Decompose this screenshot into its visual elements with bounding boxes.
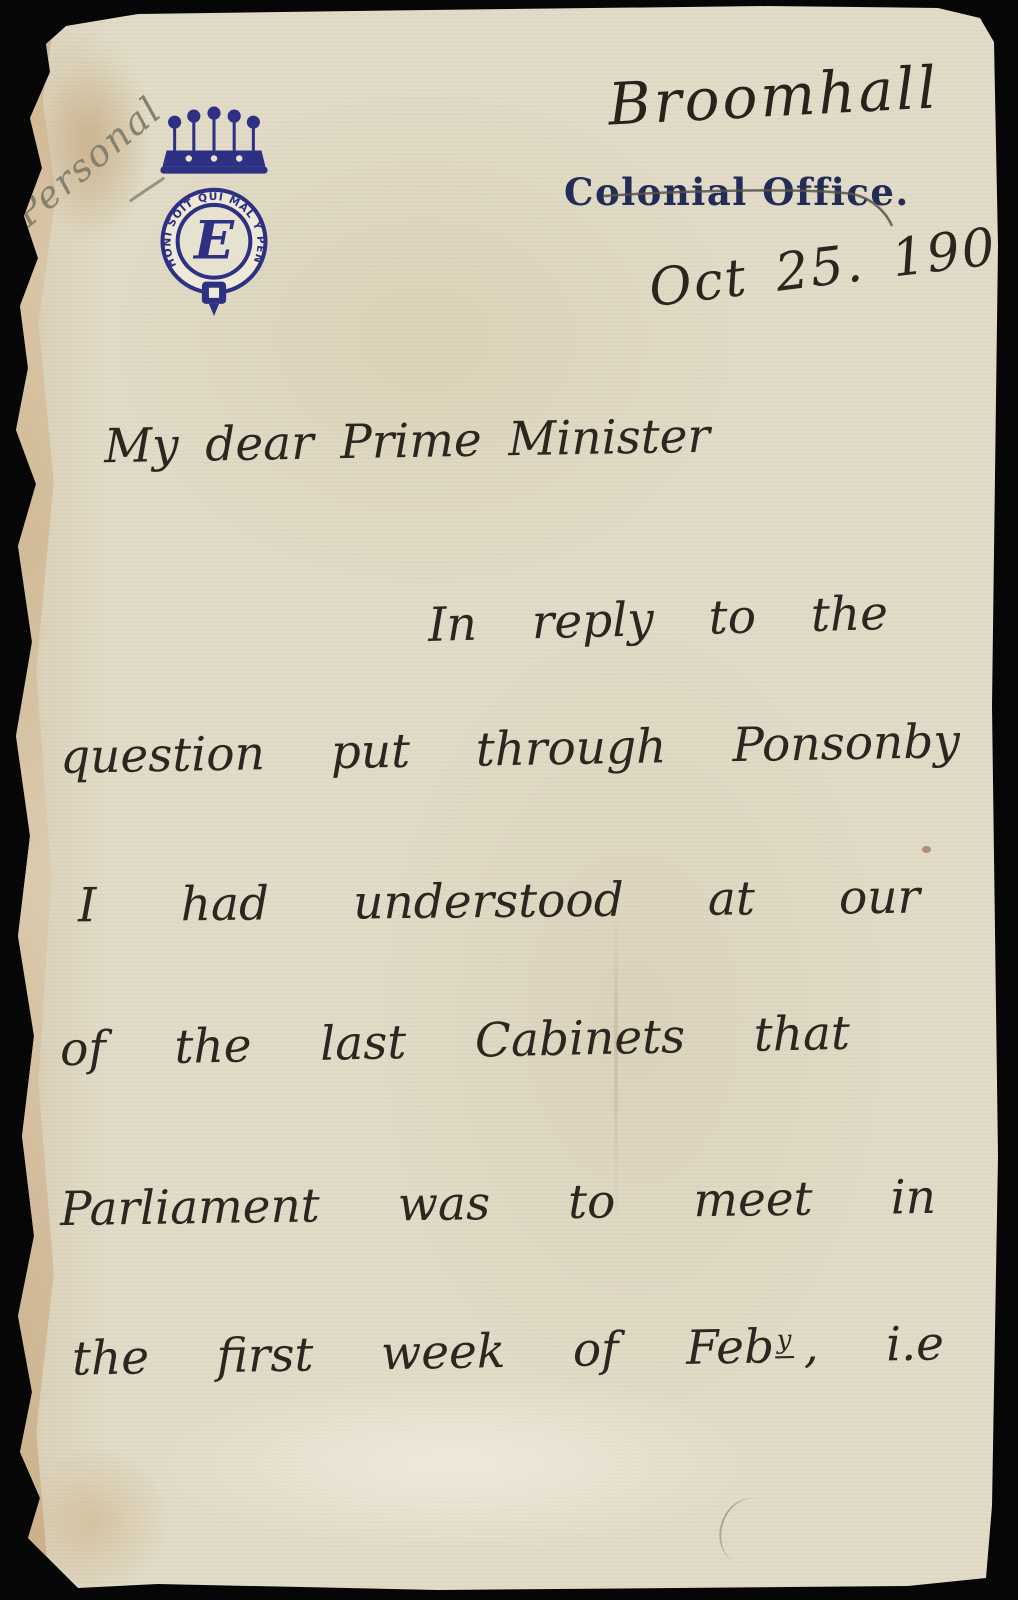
- word: to: [708, 589, 757, 645]
- garter-buckle-icon: [202, 282, 226, 316]
- word: understood: [353, 873, 624, 931]
- word: last: [320, 1015, 407, 1072]
- crest-monogram: E: [192, 210, 235, 271]
- superscript-y: y: [775, 1325, 794, 1358]
- word: put: [330, 724, 410, 780]
- abbreviation-feby: Feby,: [686, 1319, 819, 1376]
- word: i.e: [886, 1316, 945, 1372]
- scanned-letter-page: Personal HONI SOIT QUI: [0, 0, 1018, 1600]
- word: reply: [531, 592, 654, 650]
- word: My: [104, 418, 180, 474]
- body-line: Parliamentwastomeetin: [60, 1170, 937, 1237]
- word: I: [78, 878, 97, 933]
- word: meet: [693, 1172, 813, 1229]
- word: week: [380, 1324, 505, 1381]
- word: first: [216, 1327, 314, 1384]
- word: Minister: [508, 409, 711, 468]
- ink-spot: [922, 846, 931, 853]
- letter-paper: Personal HONI SOIT QUI: [8, 6, 1000, 1590]
- word: was: [397, 1176, 490, 1232]
- word: Cabinets: [474, 1009, 685, 1068]
- body-line: Inreplytothe: [427, 586, 888, 653]
- word: the: [174, 1018, 252, 1075]
- word: of: [572, 1322, 619, 1378]
- place-name: Broomhall: [606, 53, 940, 138]
- word: Ponsonby: [732, 714, 961, 773]
- garter-crest-icon: HONI SOIT QUI MAL Y PENSE E: [138, 104, 290, 316]
- word: dear: [205, 416, 314, 473]
- word: question: [60, 726, 266, 785]
- strikethrough-line: [600, 182, 906, 238]
- crown-icon: [160, 107, 267, 174]
- paper-stain: [18, 1446, 168, 1596]
- word: at: [708, 871, 755, 926]
- body-line: ofthelastCabinetsthat: [60, 1006, 851, 1078]
- word: through: [475, 719, 666, 777]
- comma: ,: [803, 1319, 819, 1374]
- word: to: [568, 1174, 616, 1230]
- body-line: Ihadunderstoodatour: [78, 870, 921, 934]
- salutation-line: MydearPrimeMinister: [104, 409, 711, 475]
- word: in: [890, 1170, 936, 1226]
- word: In: [427, 597, 477, 653]
- word: the: [72, 1330, 150, 1386]
- word: Parliament: [60, 1178, 320, 1237]
- torn-edge-stain: [12, 6, 56, 1590]
- word: that: [753, 1006, 850, 1063]
- word: had: [180, 876, 269, 932]
- word: our: [839, 870, 921, 926]
- word: of: [60, 1021, 107, 1077]
- body-line-last: the first week of Feby, i.e: [72, 1316, 945, 1386]
- body-line: questionputthroughPonsonby: [60, 714, 961, 785]
- word: Prime: [340, 413, 482, 470]
- word: the: [810, 586, 888, 643]
- stray-pen-mark: [711, 1491, 783, 1570]
